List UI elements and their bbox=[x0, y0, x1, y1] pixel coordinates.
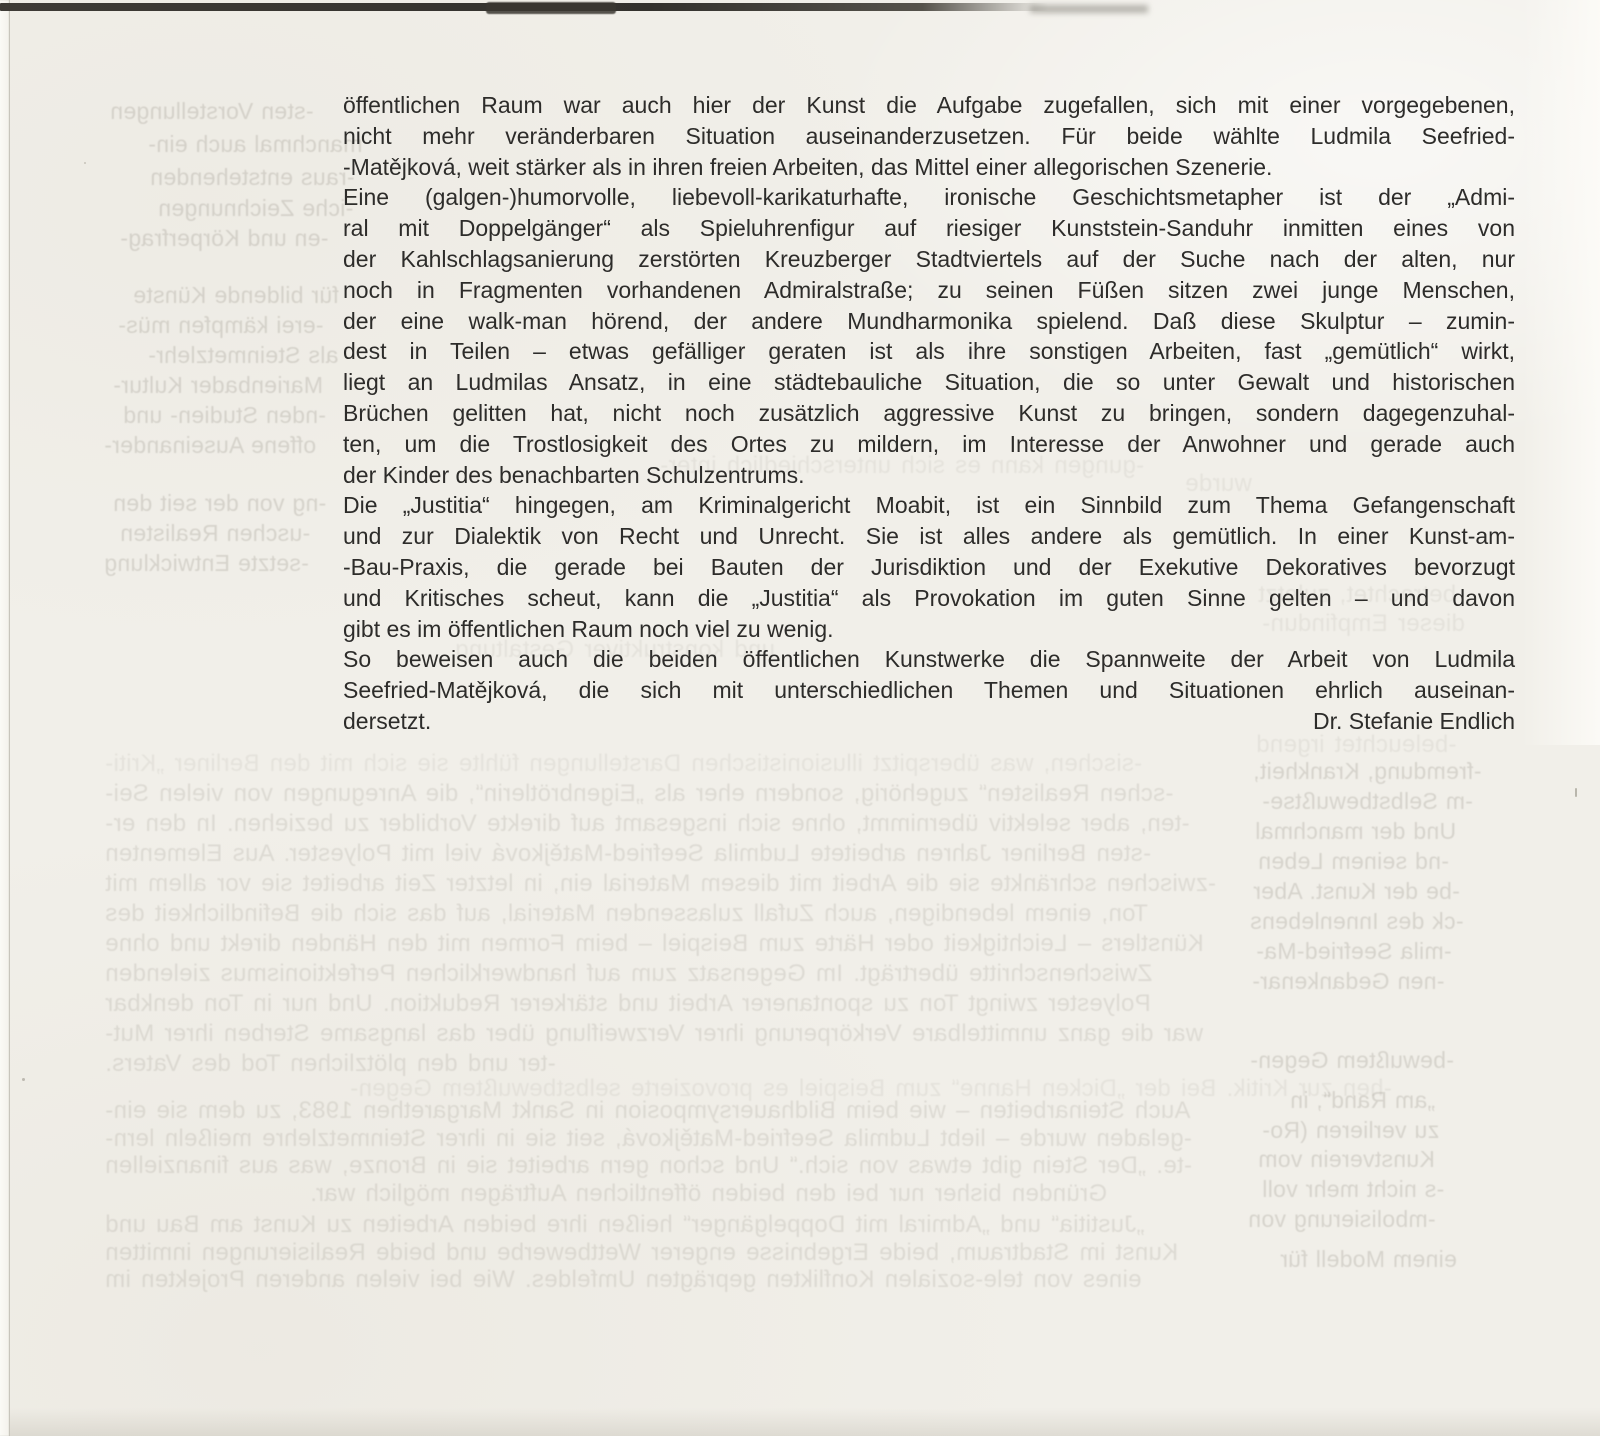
bleed-text-line: -setzte Entwicklung bbox=[104, 549, 309, 577]
text-line: und zur Dialektik von Recht und Unrecht.… bbox=[343, 521, 1515, 552]
bleed-text-line: als Steinmetzlehr- bbox=[148, 341, 338, 369]
bleed-text-line: -uschen Realisten bbox=[120, 519, 310, 547]
page-bottom-shade bbox=[0, 1408, 1600, 1436]
bleed-text-line: -sten Vorstellungen bbox=[110, 97, 314, 125]
text-line: öffentlichen Raum war auch hier der Kuns… bbox=[343, 90, 1515, 121]
text-line: Die „Justitia“ hingegen, am Kriminalgeri… bbox=[343, 490, 1515, 521]
text-line: So beweisen auch die beiden öffentlichen… bbox=[343, 644, 1515, 675]
bleed-text-line: Kunstverein vom bbox=[1258, 1145, 1435, 1173]
bleed-text-line: Gründen bisher nur bei den beiden öffent… bbox=[310, 1180, 1107, 1208]
bleed-text-line: -mila Seefried-Ma- bbox=[1256, 937, 1452, 965]
text-line: ten, um die Trostlosigkeit des Ortes zu … bbox=[343, 429, 1515, 460]
bleed-text-line: -ng von der seit den bbox=[113, 489, 326, 517]
bleed-text-line: -m Selbstbewußtse- bbox=[1262, 787, 1473, 815]
text-line: Seefried-Matějková, die sich mit untersc… bbox=[343, 675, 1515, 706]
bleed-text-line: war die ganz unmittelbare Verkörperung i… bbox=[105, 1020, 1203, 1048]
bleed-text-line: manchmal auch ein- bbox=[148, 130, 363, 158]
scan-speck bbox=[84, 162, 86, 164]
bleed-text-line: Auch Steinarbeiten – wie beim Bildhauers… bbox=[105, 1097, 1191, 1125]
bleed-text-line: Kunst im Stadtraum, beide Ergebnisse eng… bbox=[105, 1239, 1178, 1267]
scan-edge-smudge bbox=[1030, 5, 1148, 13]
text-line: -Matějková, weit stärker als in ihren fr… bbox=[343, 152, 1515, 183]
bleed-text-line: -nd seinem Leben bbox=[1258, 847, 1449, 875]
text-line: der Kahlschlagsanierung zerstörten Kreuz… bbox=[343, 244, 1515, 275]
bleed-text-line: -zwischen schränkte sie die Arbeit mit d… bbox=[105, 870, 1216, 898]
text-line: gibt es im öffentlichen Raum noch viel z… bbox=[343, 614, 1515, 645]
scanned-page: { "page": { "paper_color": "#f1efe9", "i… bbox=[0, 0, 1600, 1436]
bleed-text-line: offene Auseinander- bbox=[104, 431, 316, 459]
bleed-text-line: -ten, aber selektiv übernimmt, ohne sich… bbox=[105, 810, 1190, 838]
bleed-text-line: -sischen, was überspitzt illusionistisch… bbox=[105, 750, 1142, 778]
text-line: dest in Teilen – etwas gefälliger gerate… bbox=[343, 336, 1515, 367]
scan-speck bbox=[22, 1078, 25, 1081]
text-line: -Bau-Praxis, die gerade bei Bauten der J… bbox=[343, 552, 1515, 583]
bleed-text-line: Marienbader Kultur- bbox=[113, 371, 323, 399]
bleed-text-line: -sten Berliner Jahren arbeitete Ludmila … bbox=[105, 840, 1151, 868]
bleed-text-line: -bewußtem Gegen- bbox=[1250, 1046, 1454, 1074]
text-line: Eine (galgen-)humorvolle, liebevoll-kari… bbox=[343, 182, 1515, 213]
bleed-text-line: eines von tele-sozialen Konflikten geprä… bbox=[105, 1266, 1142, 1294]
closing-row: dersetzt. Dr. Stefanie Endlich bbox=[343, 706, 1515, 737]
bleed-text-line: -en und Körperfrag- bbox=[120, 224, 328, 252]
bleed-text-line: -te. „Der Stein gibt etwas von sich.“ Un… bbox=[105, 1152, 1192, 1180]
scan-edge-blob bbox=[486, 2, 616, 14]
bleed-text-line: Zwischenschritte überträgt. Im Gegensatz… bbox=[105, 960, 1152, 988]
scan-speck bbox=[1575, 788, 1577, 797]
author-signature: Dr. Stefanie Endlich bbox=[1313, 706, 1515, 737]
bleed-text-line: -schen Realisten“ zugehörig, sondern ehe… bbox=[105, 780, 1173, 808]
bleed-text-line: -raus entstehenden bbox=[150, 163, 355, 191]
bleed-text-line: -nden Studien- und bbox=[123, 401, 326, 429]
bleed-text-line: -ck des Innenlebens bbox=[1250, 907, 1464, 935]
bleed-text-line: Polyester zwingt Ton zu spontanerer Arbe… bbox=[105, 990, 1151, 1018]
closing-word: dersetzt. bbox=[343, 706, 431, 737]
bleed-text-line: für bildende Künste bbox=[133, 281, 339, 309]
text-line: liegt an Ludmilas Ansatz, in eine städte… bbox=[343, 367, 1515, 398]
bleed-text-line: -ter und den plötzlichen Tod des Vaters. bbox=[105, 1050, 556, 1078]
text-line: der Kinder des benachbarten Schulzentrum… bbox=[343, 460, 1515, 491]
text-line: ral mit Doppelgänger“ als Spieluhrenfigu… bbox=[343, 213, 1515, 244]
page-left-edge bbox=[0, 0, 10, 1436]
bleed-text-line: -erei kämpfen müs- bbox=[118, 311, 324, 339]
text-line: der eine walk-man hörend, der andere Mun… bbox=[343, 306, 1515, 337]
bleed-text-line: -mbolisierung von bbox=[1248, 1205, 1436, 1233]
bleed-text-line: -s nicht mehr voll bbox=[1262, 1175, 1444, 1203]
bleed-text-line: einem Modell für bbox=[1280, 1245, 1457, 1273]
text-line: und Kritisches scheut, kann die „Justiti… bbox=[343, 583, 1515, 614]
article-lines: öffentlichen Raum war auch hier der Kuns… bbox=[343, 90, 1515, 706]
bleed-text-line: -iche Zeichnungen bbox=[158, 194, 353, 222]
text-line: Brüchen gelitten hat, nicht noch zusätzl… bbox=[343, 398, 1515, 429]
bleed-text-line: zu verlieren (Ro- bbox=[1262, 1116, 1439, 1144]
bleed-text-line: -geladen wurde – liebt Ludmila Seefried-… bbox=[105, 1125, 1192, 1153]
bleed-text-line: -be der Kunst. Aber bbox=[1253, 877, 1460, 905]
bleed-text-line: -fremdung, Krankheit, bbox=[1253, 757, 1481, 785]
bleed-text-line: Künstlers – Leichtigkeit oder Härte zum … bbox=[105, 930, 1204, 958]
article-text-block: öffentlichen Raum war auch hier der Kuns… bbox=[343, 90, 1515, 737]
bleed-text-line: -hen zur Kritik. Bei der „Dicken Hanne“ … bbox=[350, 1075, 1392, 1103]
bleed-text-line: „am Rand“, in bbox=[1290, 1086, 1435, 1114]
text-line: nicht mehr veränderbaren Situation ausei… bbox=[343, 121, 1515, 152]
page-right-highlight bbox=[1522, 0, 1600, 745]
text-line: noch in Fragmenten vorhandenen Admiralst… bbox=[343, 275, 1515, 306]
bleed-text-line: Und der manchmal bbox=[1255, 817, 1456, 845]
bleed-text-line: Ton, einem lebendigen, auch Zufall zulas… bbox=[105, 900, 1148, 928]
bleed-text-line: -nen Gedankenar- bbox=[1252, 967, 1444, 995]
bleed-text-line: „Justitia“ und „Admiral mit Doppelgänger… bbox=[105, 1211, 1145, 1239]
